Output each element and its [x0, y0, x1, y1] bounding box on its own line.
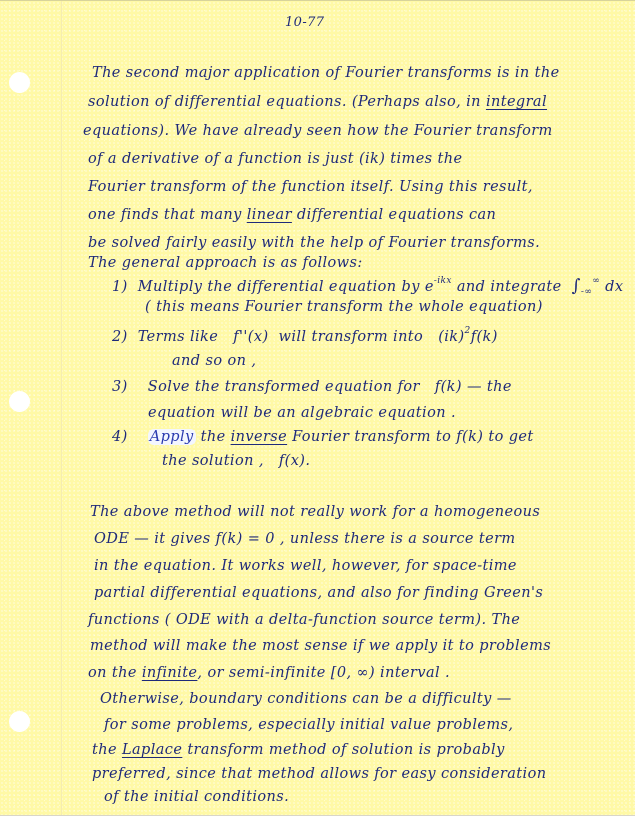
intro-line-2: solution of differential equations. (Per… — [88, 94, 547, 110]
expr-second-derivative: f''(x) — [233, 329, 268, 345]
step-1-note: ( this means Fourier transform the whole… — [145, 299, 543, 315]
intro-line-7: be solved fairly easily with the help of… — [88, 235, 540, 251]
closing-line-7-text: on the — [88, 665, 137, 681]
underlined-laplace: Laplace — [122, 742, 182, 758]
punch-hole-top — [9, 72, 30, 93]
closing-line-9: for some problems, especially initial va… — [104, 717, 513, 733]
closing-line-10-rest: transform method of solution is probably — [187, 742, 504, 758]
step-3-text: Solve the transformed equation for — [148, 379, 420, 395]
page-bottom-edge — [0, 815, 635, 823]
step-1-text: Multiply the differential equation by — [138, 279, 420, 295]
notebook-page: 10-77 The second major application of Fo… — [0, 0, 635, 816]
step-2-continuation: and so on , — [172, 353, 256, 369]
intro-line-6: one finds that many linear differential … — [88, 207, 496, 223]
step-4-text: the — [201, 429, 226, 445]
step-3-text-b: — the — [467, 379, 512, 395]
expr-ik-squared: (ik)2f(k) — [438, 329, 498, 345]
underlined-infinite: infinite — [142, 665, 198, 681]
closing-line-2: ODE — it gives f(k) = 0 , unless there i… — [94, 531, 516, 547]
step-2: 2) Terms like f''(x) will transform into… — [112, 326, 498, 345]
closing-line-8: Otherwise, boundary conditions can be a … — [100, 691, 512, 707]
intro-line-4: of a derivative of a function is just (i… — [88, 151, 462, 167]
punch-hole-bottom — [9, 711, 30, 732]
closing-line-6: method will make the most sense if we ap… — [90, 638, 551, 654]
step-4-cont-text: the solution , — [162, 453, 264, 469]
step-2-text-b: will transform into — [279, 329, 424, 345]
closing-line-1: The above method will not really work fo… — [90, 504, 540, 520]
ik-base: (ik) — [438, 329, 464, 345]
expr-fx: f(x). — [279, 453, 310, 469]
closing-line-7: on the infinite, or semi-infinite [0, ∞)… — [88, 665, 450, 681]
step-3-number: 3) — [112, 379, 128, 395]
punch-hole-middle — [9, 391, 30, 412]
intro-line-2-text: solution of differential equations. (Per… — [88, 94, 481, 110]
expr-fk: f(k) — [435, 379, 462, 395]
closing-line-5: functions ( ODE with a delta-function so… — [88, 612, 520, 628]
integral-lower: -∞ — [581, 287, 592, 297]
exp-base: e — [425, 279, 434, 295]
step-3-continuation: equation will be an algebraic equation . — [148, 405, 456, 421]
intro-line-5: Fourier transform of the function itself… — [88, 179, 533, 195]
step-2-number: 2) — [112, 329, 128, 345]
step-3: 3) Solve the transformed equation for f(… — [112, 379, 512, 395]
integral-dx: dx — [605, 279, 623, 295]
exponential-expr: e-ikx — [425, 279, 452, 295]
step-1-number: 1) — [112, 279, 128, 295]
intro-line-3: equations). We have already seen how the… — [83, 123, 553, 139]
integral-upper: ∞ — [592, 276, 600, 286]
step-1-text-b: and integrate — [457, 279, 562, 295]
closing-line-11: preferred, since that method allows for … — [92, 766, 546, 782]
step-4-number: 4) — [112, 429, 128, 445]
underlined-integral: integral — [486, 94, 547, 110]
page-number: 10-77 — [285, 15, 324, 30]
closing-line-7-rest: , or semi-infinite [0, ∞) interval . — [197, 665, 450, 681]
highlighted-apply: Apply — [148, 429, 196, 445]
intro-line-8: The general approach is as follows: — [88, 255, 363, 271]
closing-line-4: partial differential equations, and also… — [94, 585, 543, 601]
integral-sign: ∫ — [572, 276, 581, 296]
exp-power: -ikx — [434, 276, 452, 286]
step-4: 4) Apply the inverse Fourier transform t… — [112, 429, 534, 445]
closing-line-12: of the initial conditions. — [104, 789, 289, 805]
fk: f(k) — [471, 329, 498, 345]
step-4-continuation: the solution , f(x). — [162, 453, 310, 469]
underlined-linear: linear — [247, 207, 292, 223]
closing-line-10: the Laplace transform method of solution… — [92, 742, 505, 758]
closing-line-3: in the equation. It works well, however,… — [94, 558, 517, 574]
margin-line — [61, 1, 62, 816]
underlined-inverse: inverse — [231, 429, 288, 445]
closing-line-10-text: the — [92, 742, 117, 758]
intro-line-6-rest: differential equations can — [297, 207, 496, 223]
intro-line-6-text: one finds that many — [88, 207, 242, 223]
step-1: 1) Multiply the differential equation by… — [112, 276, 623, 297]
step-2-text: Terms like — [138, 329, 219, 345]
step-4-text-b: Fourier transform to f(k) to get — [292, 429, 534, 445]
intro-line-1: The second major application of Fourier … — [92, 65, 560, 81]
